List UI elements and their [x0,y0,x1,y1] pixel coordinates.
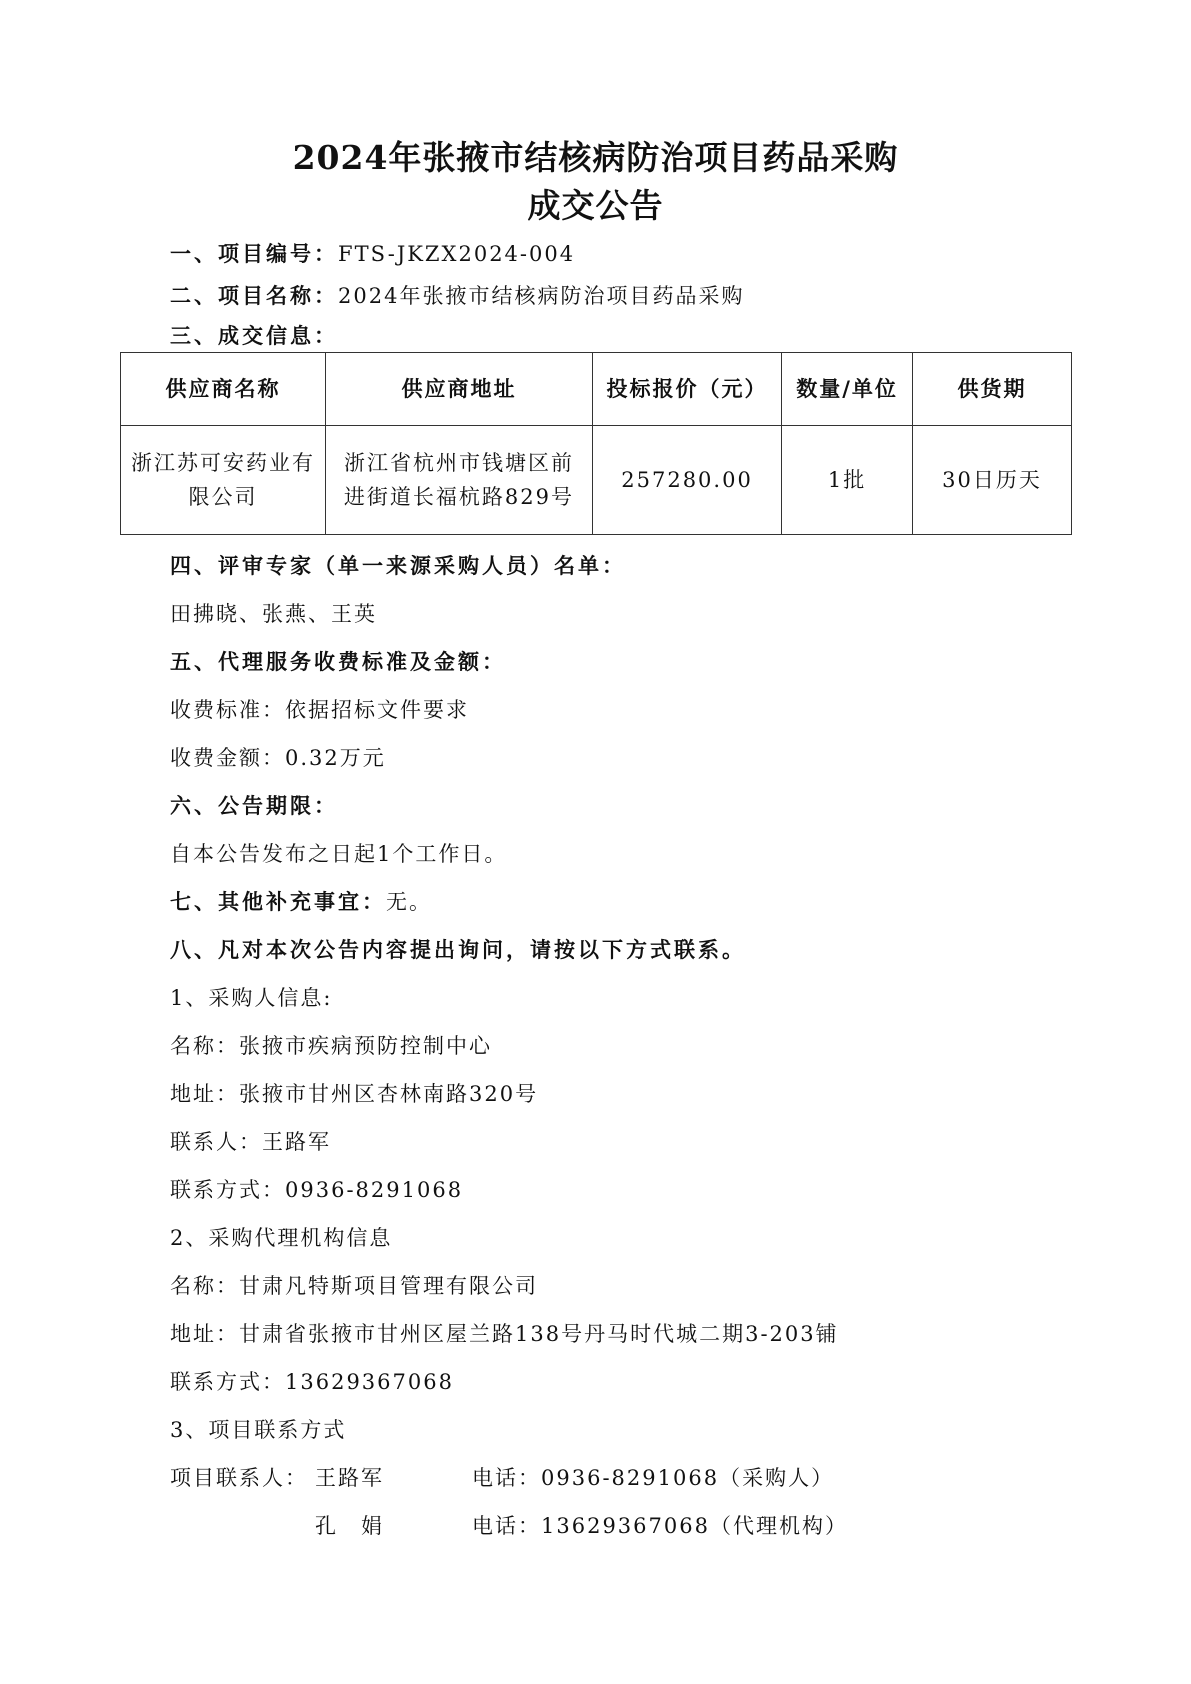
section-label: 六、公告期限： [170,794,338,818]
header-supplier-address: 供应商地址 [325,353,592,426]
fee-amount: 收费金额：0.32万元 [170,744,386,772]
header-delivery-period: 供货期 [913,353,1072,426]
agency-heading: 2、采购代理机构信息 [170,1224,392,1252]
fee-standard: 收费标准：依据招标文件要求 [170,696,469,724]
agency-name: 名称：甘肃凡特斯项目管理有限公司 [170,1272,538,1300]
document-title-line2: 成交公告 [0,186,1191,226]
purchaser-address: 地址：张掖市甘州区杏林南路320号 [170,1080,538,1108]
section-label: 八、凡对本次公告内容提出询问，请按以下方式联系。 [170,938,746,962]
table-header-row: 供应商名称 供应商地址 投标报价（元） 数量/单位 供货期 [121,353,1072,426]
project-contact-phone-1: 电话：0936-8291068（采购人） [472,1464,834,1492]
deal-info-table: 供应商名称 供应商地址 投标报价（元） 数量/单位 供货期 浙江苏可安药业有限公… [120,352,1072,535]
agency-address: 地址：甘肃省张掖市甘州区屋兰路138号丹马时代城二期3-203铺 [170,1320,839,1348]
header-quantity-unit: 数量/单位 [782,353,913,426]
purchaser-contact-person: 联系人：王路军 [170,1128,331,1156]
section-inquiry-contact: 八、凡对本次公告内容提出询问，请按以下方式联系。 [170,936,746,964]
header-supplier-name: 供应商名称 [121,353,326,426]
purchaser-heading: 1、采购人信息: [170,984,332,1012]
section-notice-period: 六、公告期限： [170,792,338,820]
project-contact-name-1: 王路军 [315,1464,384,1492]
cell-supplier-address: 浙江省杭州市钱塘区前进街道长福杭路829号 [325,426,592,535]
section-label: 四、评审专家（单一来源采购人员）名单： [170,554,626,578]
cell-supplier-name: 浙江苏可安药业有限公司 [121,426,326,535]
project-number: FTS-JKZX2024-004 [338,242,575,266]
agency-phone: 联系方式：13629367068 [170,1368,454,1396]
experts-list: 田拂晓、张燕、王英 [170,600,377,628]
section-project-number: 一、项目编号：FTS-JKZX2024-004 [170,240,575,268]
notice-period: 自本公告发布之日起1个工作日。 [170,840,507,868]
section-label: 二、项目名称： [170,284,338,308]
section-other-matters: 七、其他补充事宜：无。 [170,888,432,916]
table-row: 浙江苏可安药业有限公司 浙江省杭州市钱塘区前进街道长福杭路829号 257280… [121,426,1072,535]
section-label: 一、项目编号： [170,242,338,266]
section-agency-fee: 五、代理服务收费标准及金额： [170,648,506,676]
section-project-name: 二、项目名称：2024年张掖市结核病防治项目药品采购 [170,282,744,310]
other-matters-value: 无。 [386,890,432,914]
project-contact-heading: 3、项目联系方式 [170,1416,346,1444]
cell-delivery: 30日历天 [913,426,1072,535]
section-experts: 四、评审专家（单一来源采购人员）名单： [170,552,626,580]
project-name: 2024年张掖市结核病防治项目药品采购 [338,284,744,308]
document-page: 2024年张掖市结核病防治项目药品采购 成交公告 一、项目编号：FTS-JKZX… [0,0,1191,1684]
purchaser-name: 名称：张掖市疾病预防控制中心 [170,1032,492,1060]
header-bid-price: 投标报价（元） [593,353,782,426]
cell-bid-price: 257280.00 [593,426,782,535]
purchaser-phone: 联系方式：0936-8291068 [170,1176,463,1204]
section-label: 七、其他补充事宜： [170,890,386,914]
project-contact-phone-2: 电话：13629367068（代理机构） [472,1512,848,1540]
section-deal-info: 三、成交信息： [170,322,338,350]
section-label: 三、成交信息： [170,324,338,348]
document-title-line1: 2024年张掖市结核病防治项目药品采购 [0,138,1191,178]
section-label: 五、代理服务收费标准及金额： [170,650,506,674]
project-contact-name-2: 孔 娟 [315,1512,384,1540]
project-contact-label: 项目联系人： [170,1464,308,1492]
cell-quantity: 1批 [782,426,913,535]
